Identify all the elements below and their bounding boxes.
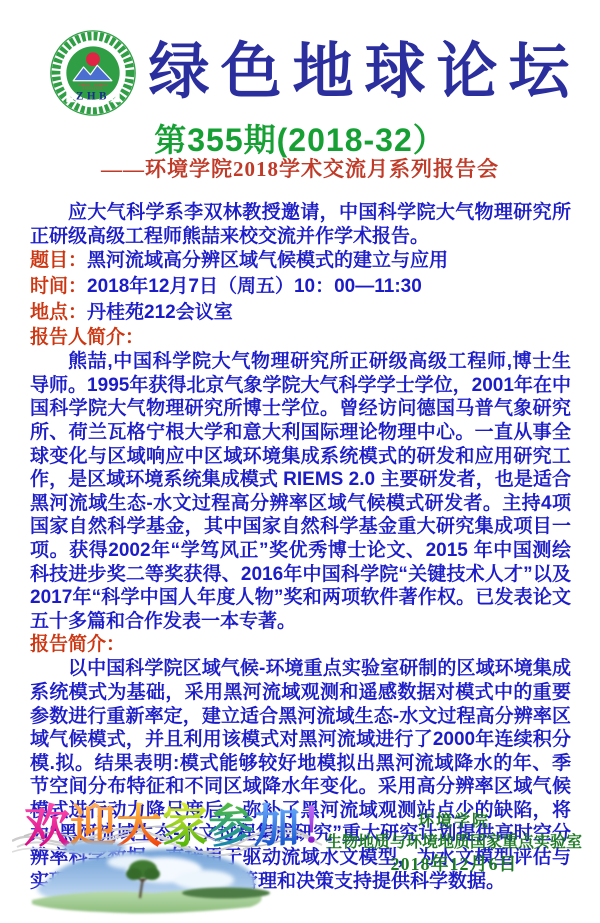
cloud-wisp-icon <box>62 841 126 855</box>
page-title: 绿色地球论坛 <box>142 36 587 109</box>
abstract-section-label: 报告简介： <box>30 633 571 657</box>
environment-logo: ZHB <box>50 30 136 116</box>
announcement-body: 应大气科学系李双林教授邀请，中国科学院大气物理研究所正研级高级工程师熊喆来校交流… <box>30 201 571 893</box>
time-label: 时间： <box>30 276 87 297</box>
tree-canopy-icon <box>126 868 142 880</box>
time-row: 时间：2018年12月7日（周五）10：00—11:30 <box>30 274 571 300</box>
venue-label: 地点： <box>30 302 87 323</box>
logo-zhb-text: ZHB <box>76 91 110 103</box>
landscape-illustration-icon <box>14 836 276 922</box>
venue-row: 地点：丹桂苑212会议室 <box>30 300 571 326</box>
tree-canopy-icon <box>144 868 160 880</box>
venue-value: 丹桂苑212会议室 <box>87 302 233 323</box>
series-subtitle: ——环境学院2018学术交流月系列报告会 <box>0 153 600 183</box>
organizer-laboratory: 生物地质与环境地质国家重点实验室 <box>315 832 593 853</box>
organizer-block: 环境学院 生物地质与环境地质国家重点实验室 2018年12月6日 <box>315 812 593 875</box>
treeline-icon <box>182 888 270 899</box>
poster-page: ZHB 绿色地球论坛 第355期(2018-32） ——环境学院2018学术交流… <box>0 0 600 923</box>
topic-label: 题目： <box>30 250 87 271</box>
logo-sun-icon <box>86 52 100 66</box>
topic-value: 黑河流域高分辨区域气候模式的建立与应用 <box>87 250 448 271</box>
topic-row: 题目：黑河流域高分辨区域气候模式的建立与应用 <box>30 248 571 274</box>
time-value: 2018年12月7日（周五）10：00—11:30 <box>87 276 422 297</box>
speaker-bio-paragraph: 熊喆,中国科学院大气物理研究所正研级高级工程师,博士生导师。1995年获得北京气… <box>30 350 571 633</box>
speaker-section-label: 报告人简介： <box>30 326 571 350</box>
poster-date: 2018年12月6日 <box>315 853 593 875</box>
landscape-image <box>14 836 276 922</box>
intro-paragraph: 应大气科学系李双林教授邀请，中国科学院大气物理研究所正研级高级工程师熊喆来校交流… <box>30 201 571 248</box>
organizer-college: 环境学院 <box>315 812 593 832</box>
logo-emblem-icon: ZHB <box>50 30 136 116</box>
cloud-icon <box>174 870 234 890</box>
